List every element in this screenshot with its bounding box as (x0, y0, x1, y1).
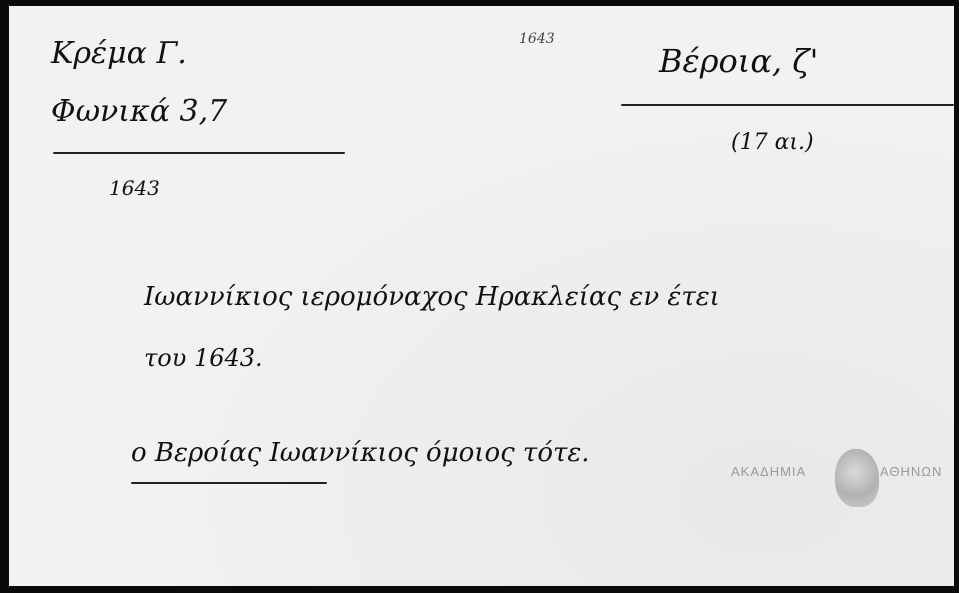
athena-seal-icon (835, 449, 879, 507)
place-name: Βέροια, ζ' (659, 42, 818, 80)
body-line-3-prefix: ο (131, 438, 147, 468)
body-line-2: του 1643. (144, 344, 263, 372)
card-heading-line1: Κρέμα Γ. (51, 36, 187, 71)
place-underline (621, 104, 954, 106)
year-left: 1643 (109, 176, 160, 200)
catalog-number: 1643 (519, 31, 555, 47)
index-card: Κρέμα Γ. Φωνικά 3,7 1643 1643 Βέροια, ζ'… (9, 6, 954, 586)
heading-underline (53, 152, 345, 154)
body-line-1: Ιωαννίκιος ιερομόναχος Ηρακλείας εν έτει (144, 282, 720, 312)
body-line-3-rest: Ιωαννίκιος όμοιος τότε. (270, 438, 590, 468)
stamp-right-text: ΑΘΗΝΩΝ (880, 464, 942, 479)
body-underline (131, 482, 327, 484)
century-label: (17 αι.) (731, 130, 814, 155)
body-line-3-underlined: Βεροίας (155, 438, 261, 468)
body-line-3: ο Βεροίας Ιωαννίκιος όμοιος τότε. (131, 438, 590, 468)
stamp-left-text: ΑΚΑΔΗΜΙΑ (731, 464, 806, 479)
card-heading-line2: Φωνικά 3,7 (51, 94, 227, 129)
